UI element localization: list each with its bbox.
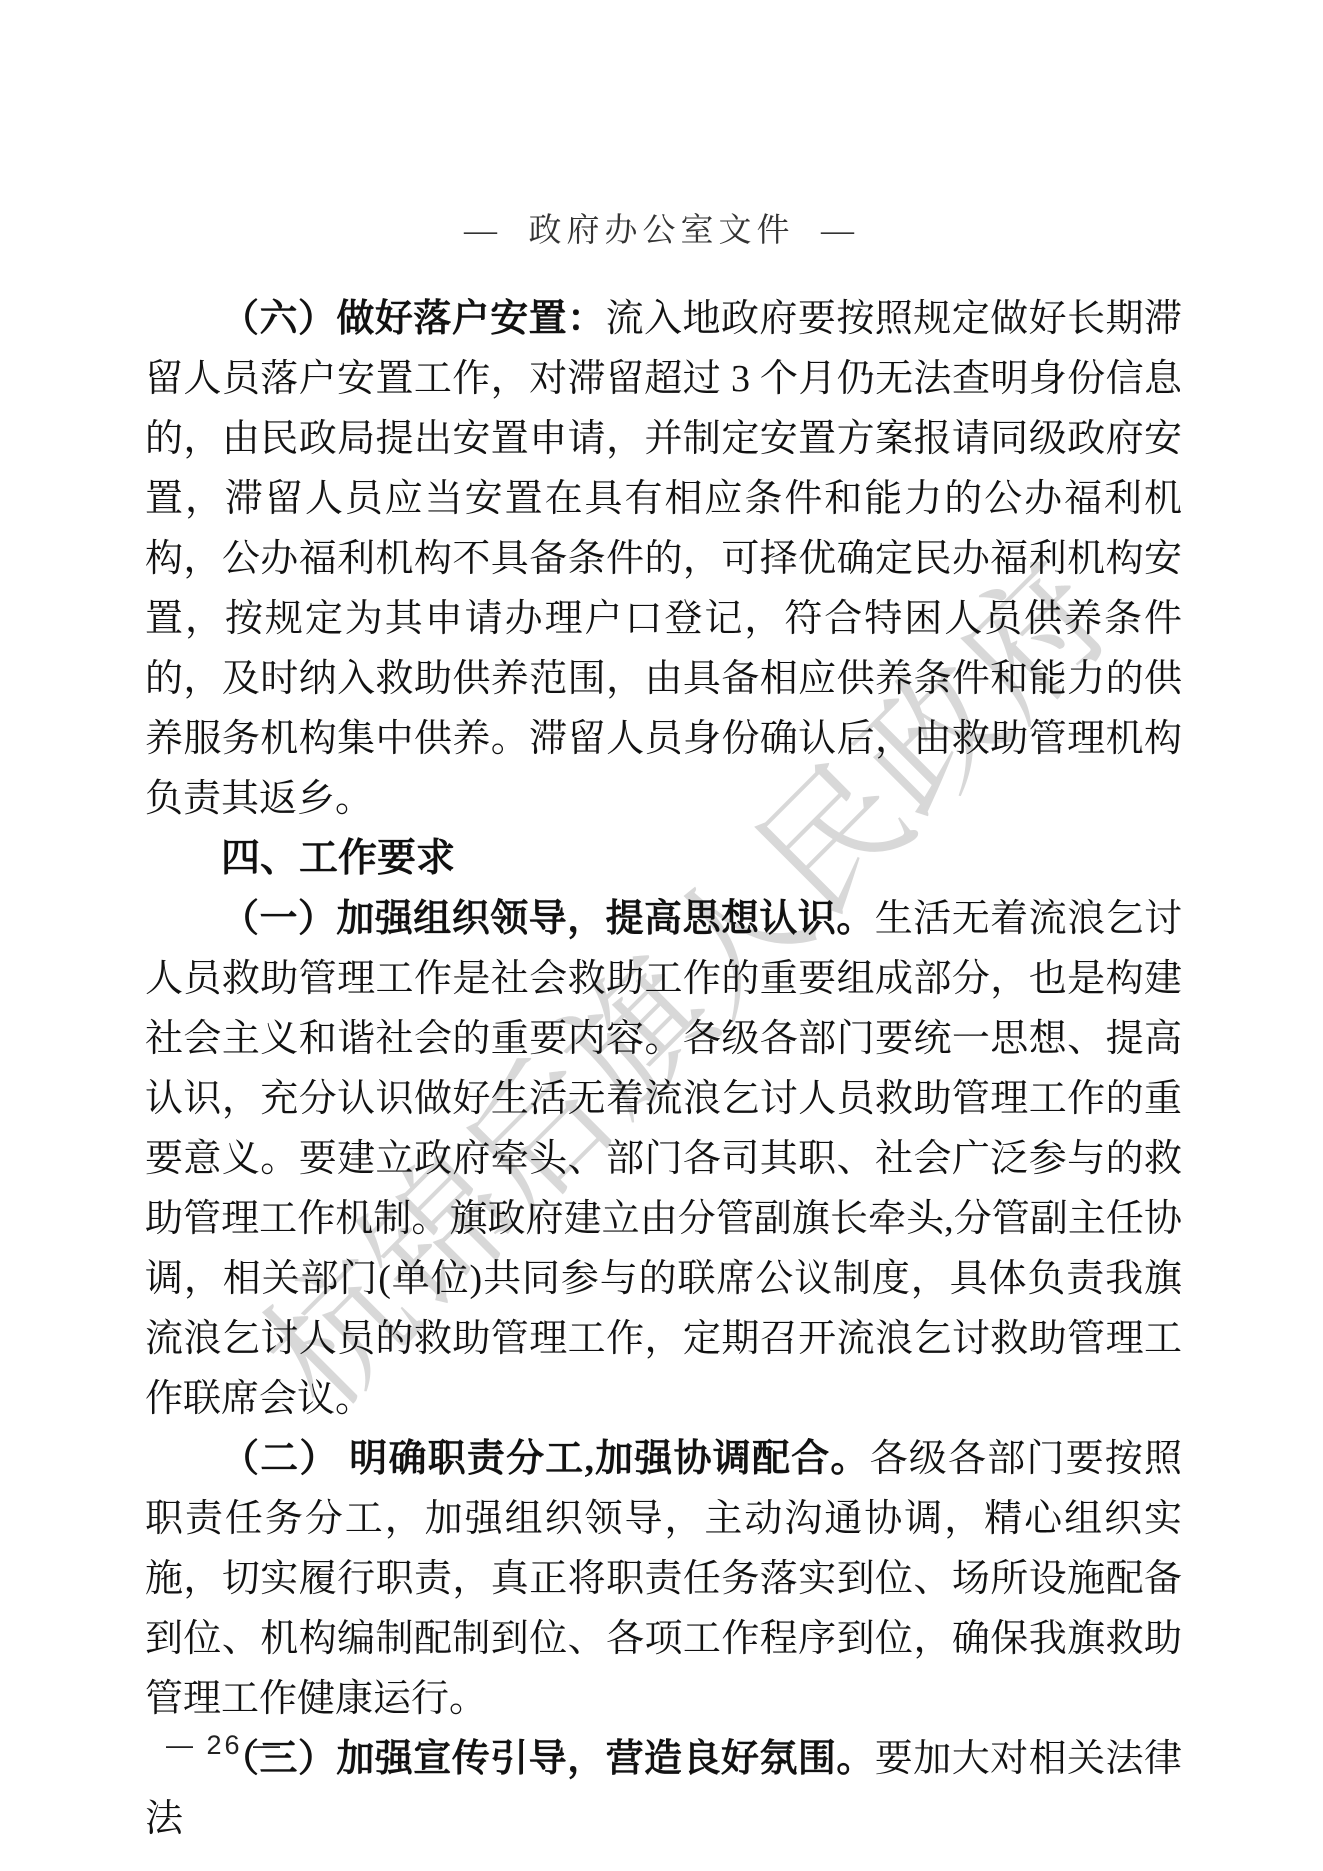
document-header: — 政府办公室文件 — (0, 204, 1323, 251)
page-number: — 26 — (166, 1730, 283, 1761)
document-body: （六）做好落户安置：流入地政府要按照规定做好长期滞留人员落户安置工作，对滞留超过… (145, 289, 1182, 1849)
paragraph-1-leadership: （一）加强组织领导，提高思想认识。生活无着流浪乞讨人员救助管理工作是社会救助工作… (145, 889, 1182, 1429)
section-heading-work-requirements: 四、工作要求 (145, 829, 1182, 889)
paragraph-6-lead: （六）做好落户安置： (221, 298, 606, 340)
paragraph-3-publicity: （三）加强宣传引导，营造良好氛围。要加大对相关法律法 (145, 1729, 1182, 1849)
paragraph-6-resettlement: （六）做好落户安置：流入地政府要按照规定做好长期滞留人员落户安置工作，对滞留超过… (145, 289, 1182, 829)
document-page: — 政府办公室文件 — 杭锦后旗人民政府 （六）做好落户安置：流入地政府要按照规… (0, 0, 1323, 1871)
paragraph-1-text: 生活无着流浪乞讨人员救助管理工作是社会救助工作的重要组成部分，也是构建社会主义和… (145, 898, 1182, 1420)
paragraph-3-lead: （三）加强宣传引导，营造良好氛围。 (221, 1738, 875, 1780)
paragraph-2-lead: （二） 明确职责分工,加强协调配合。 (221, 1438, 870, 1480)
paragraph-1-lead: （一）加强组织领导，提高思想认识。 (221, 898, 875, 940)
paragraph-6-text: 流入地政府要按照规定做好长期滞留人员落户安置工作，对滞留超过 3 个月仍无法查明… (145, 298, 1182, 820)
paragraph-2-text: 各级各部门要按照职责任务分工，加强组织领导，主动沟通协调，精心组织实施，切实履行… (145, 1438, 1182, 1720)
paragraph-2-responsibilities: （二） 明确职责分工,加强协调配合。各级各部门要按照职责任务分工，加强组织领导，… (145, 1429, 1182, 1729)
